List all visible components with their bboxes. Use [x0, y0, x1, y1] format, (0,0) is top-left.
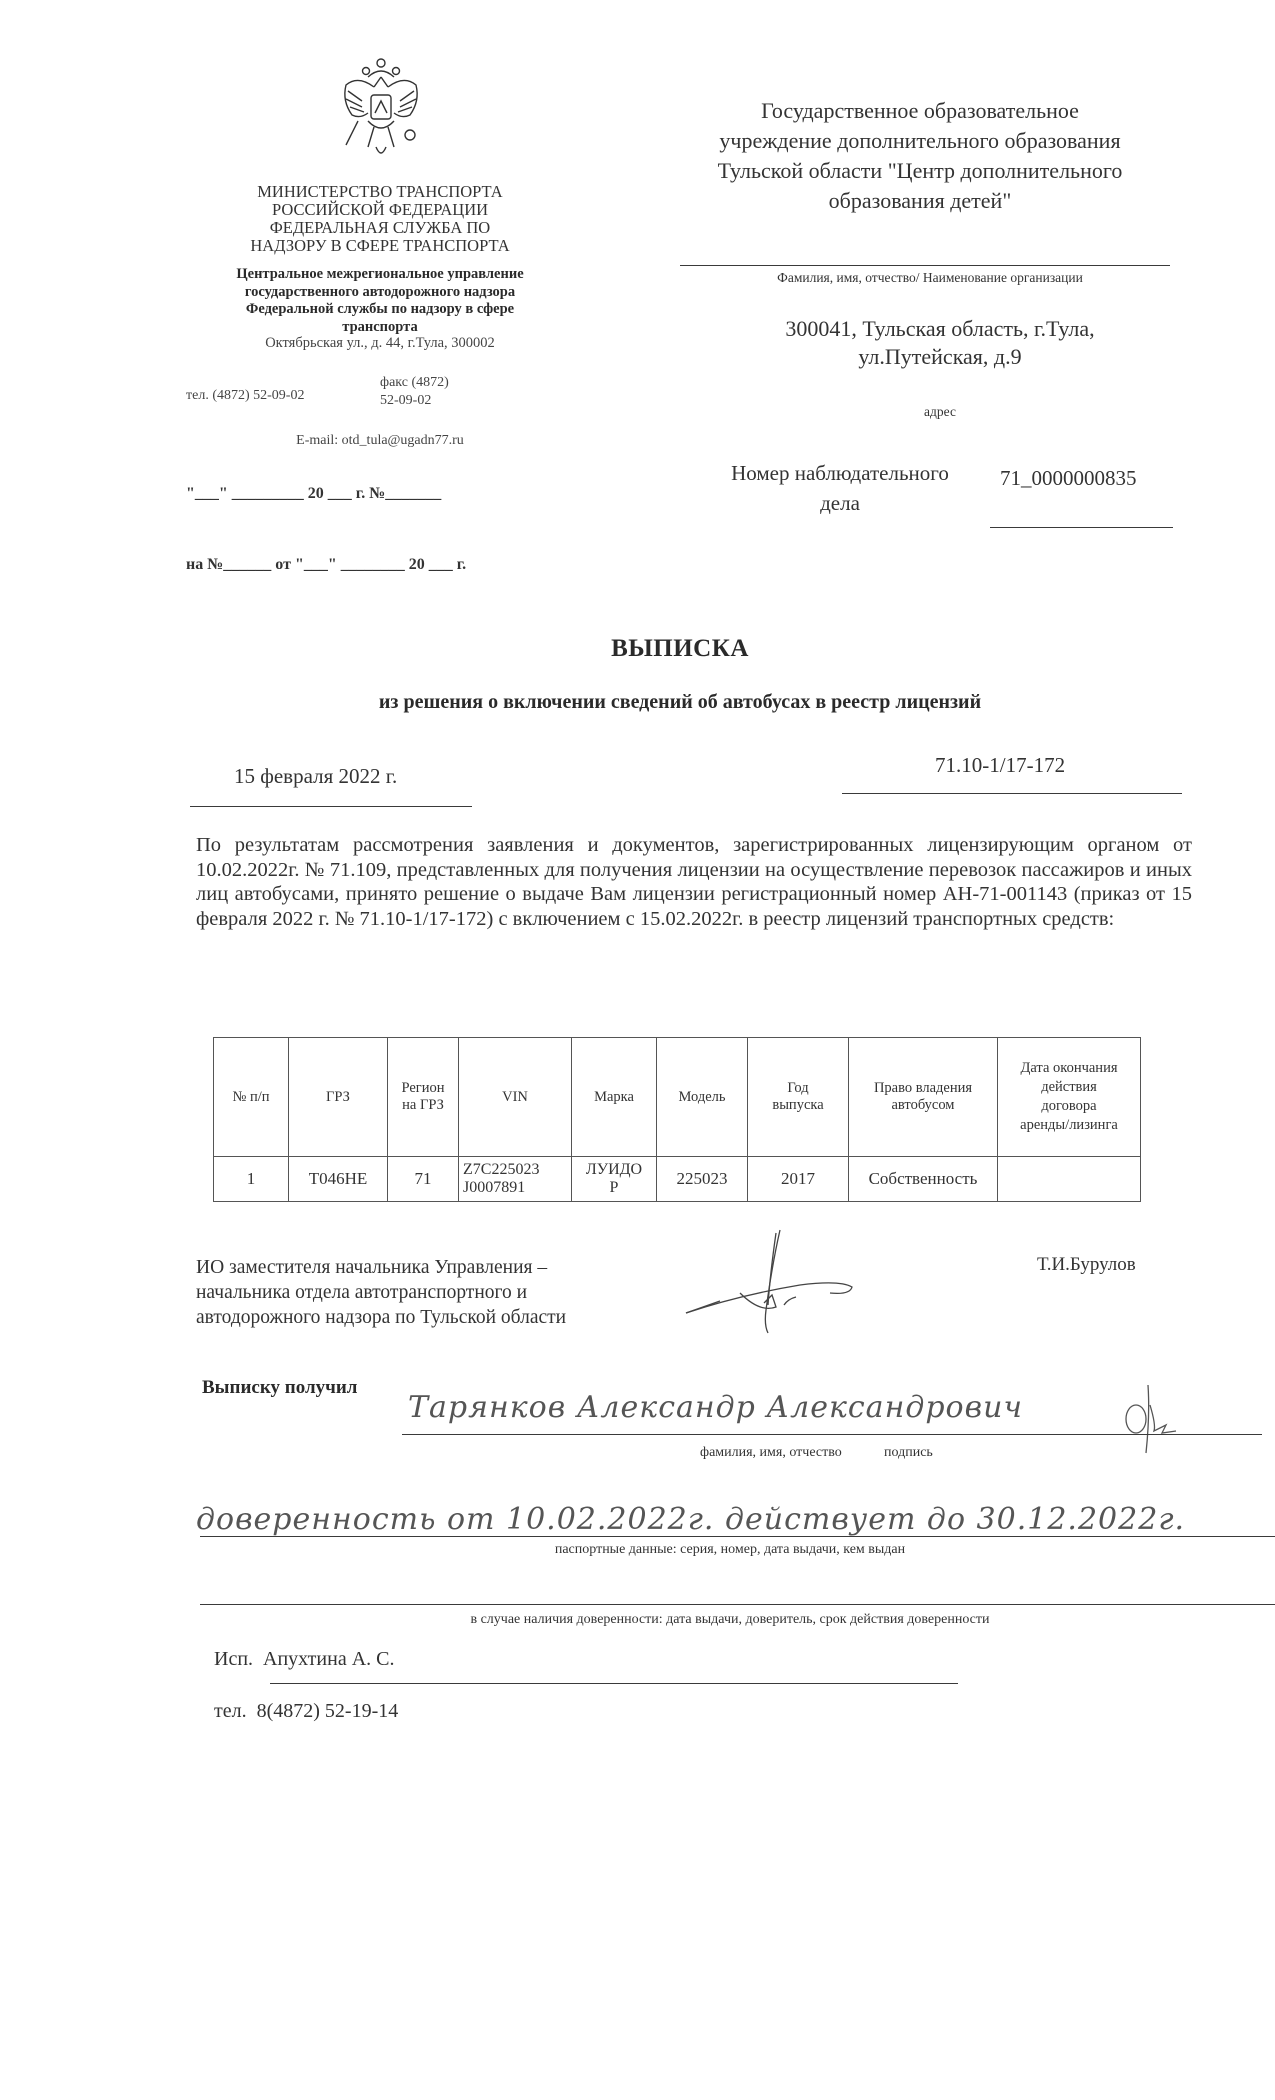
- recipient-address: 300041, Тульская область, г.Тула, ул.Пут…: [700, 315, 1180, 371]
- header-ownership: Право владенияавтобусом: [849, 1038, 998, 1157]
- cell-brand: ЛУИДО Р: [572, 1157, 657, 1202]
- signature-caption: подпись: [884, 1445, 933, 1461]
- department-line: государственного автодорожного надзора: [190, 284, 570, 302]
- org-underline: [680, 265, 1170, 266]
- passport-caption: паспортные данные: серия, номер, дата вы…: [180, 1542, 1275, 1558]
- russian-coat-of-arms-icon: [338, 55, 424, 165]
- table-row: 1 Т046НЕ 71 Z7C225023 J0007891 ЛУИДО Р 2…: [214, 1157, 1141, 1202]
- case-label-line: Номер наблюдательного: [700, 458, 980, 488]
- case-label-line: дела: [700, 488, 980, 518]
- ministry-line: РОССИЙСКОЙ ФЕДЕРАЦИИ: [190, 201, 570, 219]
- document-date: 15 февраля 2022 г.: [234, 764, 397, 789]
- document-title: ВЫПИСКА: [180, 635, 1180, 663]
- fax-line: факс (4872): [380, 374, 449, 392]
- fax-line: 52-09-02: [380, 392, 449, 410]
- outgoing-number: "___" _________ 20 ___ г. №_______: [186, 485, 441, 503]
- ministry-line: ФЕДЕРАЛЬНАЯ СЛУЖБА ПО: [190, 219, 570, 237]
- fio-caption: фамилия, имя, отчество: [700, 1445, 842, 1461]
- executor-underline: [270, 1683, 958, 1684]
- recipient-organization: Государственное образовательное учрежден…: [660, 96, 1180, 216]
- org-line: Государственное образовательное: [660, 96, 1180, 126]
- sender-email: E-mail: otd_tula@ugadn77.ru: [190, 433, 570, 449]
- number-underline: [842, 793, 1182, 794]
- sender-fax: факс (4872) 52-09-02: [380, 374, 449, 410]
- proxy-handwritten-note: доверенность от 10.02.2022г. действует д…: [196, 1502, 1185, 1537]
- vehicles-table: № п/п ГРЗ Регионна ГРЗ VIN Марка Модель …: [213, 1037, 1141, 1202]
- receiver-signature-icon: [1120, 1375, 1180, 1460]
- header-num: № п/п: [214, 1038, 289, 1157]
- header-year: Годвыпуска: [748, 1038, 849, 1157]
- case-number-value: 71_0000000835: [1000, 466, 1137, 491]
- ministry-line: НАДЗОРУ В СФЕРЕ ТРАНСПОРТА: [190, 237, 570, 255]
- header-grz: ГРЗ: [289, 1038, 388, 1157]
- cell-num: 1: [214, 1157, 289, 1202]
- receiver-underline: [402, 1434, 1262, 1435]
- department-line: транспорта: [190, 319, 570, 337]
- proxy-caption: в случае наличия доверенности: дата выда…: [180, 1612, 1275, 1628]
- cell-ownership: Собственность: [849, 1157, 998, 1202]
- signer-position-line: ИО заместителя начальника Управления –: [196, 1255, 666, 1280]
- ministry-line: МИНИСТЕРСТВО ТРАНСПОРТА: [190, 183, 570, 201]
- cell-lease-end: [998, 1157, 1141, 1202]
- org-line: Тульской области "Центр дополнительного: [660, 156, 1180, 186]
- cell-vin: Z7C225023 J0007891: [459, 1157, 572, 1202]
- department-line: Центральное межрегиональное управление: [190, 266, 570, 284]
- department-name: Центральное межрегиональное управление г…: [190, 266, 570, 336]
- table-header-row: № п/п ГРЗ Регионна ГРЗ VIN Марка Модель …: [214, 1038, 1141, 1157]
- header-brand: Марка: [572, 1038, 657, 1157]
- header-region: Регионна ГРЗ: [388, 1038, 459, 1157]
- department-line: Федеральной службы по надзору в сфере: [190, 301, 570, 319]
- date-underline: [190, 806, 472, 807]
- address-line: ул.Путейская, д.9: [700, 343, 1180, 371]
- official-signature-icon: [680, 1225, 860, 1340]
- cell-region: 71: [388, 1157, 459, 1202]
- cell-model: 225023: [657, 1157, 748, 1202]
- org-line: учреждение дополнительного образования: [660, 126, 1180, 156]
- address-caption: адрес: [700, 404, 1180, 420]
- case-number-label: Номер наблюдательного дела: [700, 458, 980, 518]
- signer-position: ИО заместителя начальника Управления – н…: [196, 1255, 666, 1330]
- executor-name: Исп. Апухтина А. С.: [214, 1648, 394, 1671]
- sender-phone: тел. (4872) 52-09-02: [186, 388, 304, 404]
- signer-position-line: автодорожного надзора по Тульской област…: [196, 1305, 666, 1330]
- org-caption: Фамилия, имя, отчество/ Наименование орг…: [680, 270, 1180, 286]
- document-number: 71.10-1/17-172: [935, 753, 1065, 778]
- cell-grz: Т046НЕ: [289, 1157, 388, 1202]
- header-model: Модель: [657, 1038, 748, 1157]
- ministry-name: МИНИСТЕРСТВО ТРАНСПОРТА РОССИЙСКОЙ ФЕДЕР…: [190, 183, 570, 255]
- sender-address: Октябрьская ул., д. 44, г.Тула, 300002: [190, 335, 570, 352]
- received-label: Выписку получил: [202, 1377, 357, 1399]
- executor-phone: тел. 8(4872) 52-19-14: [214, 1700, 398, 1723]
- incoming-reference: на №______ от "___" ________ 20 ___ г.: [186, 556, 466, 574]
- case-number-underline: [990, 527, 1173, 528]
- document-body: По результатам рассмотрения заявления и …: [196, 833, 1192, 931]
- header-lease-end: Дата окончания действия договора аренды/…: [998, 1038, 1141, 1157]
- header-vin: VIN: [459, 1038, 572, 1157]
- passport-underline: [200, 1536, 1275, 1537]
- signer-name: Т.И.Бурулов: [1037, 1254, 1136, 1276]
- signer-position-line: начальника отдела автотранспортного и: [196, 1280, 666, 1305]
- org-line: образования детей": [660, 186, 1180, 216]
- document-subtitle: из решения о включении сведений об автоб…: [180, 691, 1180, 714]
- address-line: 300041, Тульская область, г.Тула,: [700, 315, 1180, 343]
- receiver-handwritten-name: Тарянков Александр Александрович: [408, 1390, 1023, 1425]
- proxy-underline: [200, 1604, 1275, 1605]
- cell-year: 2017: [748, 1157, 849, 1202]
